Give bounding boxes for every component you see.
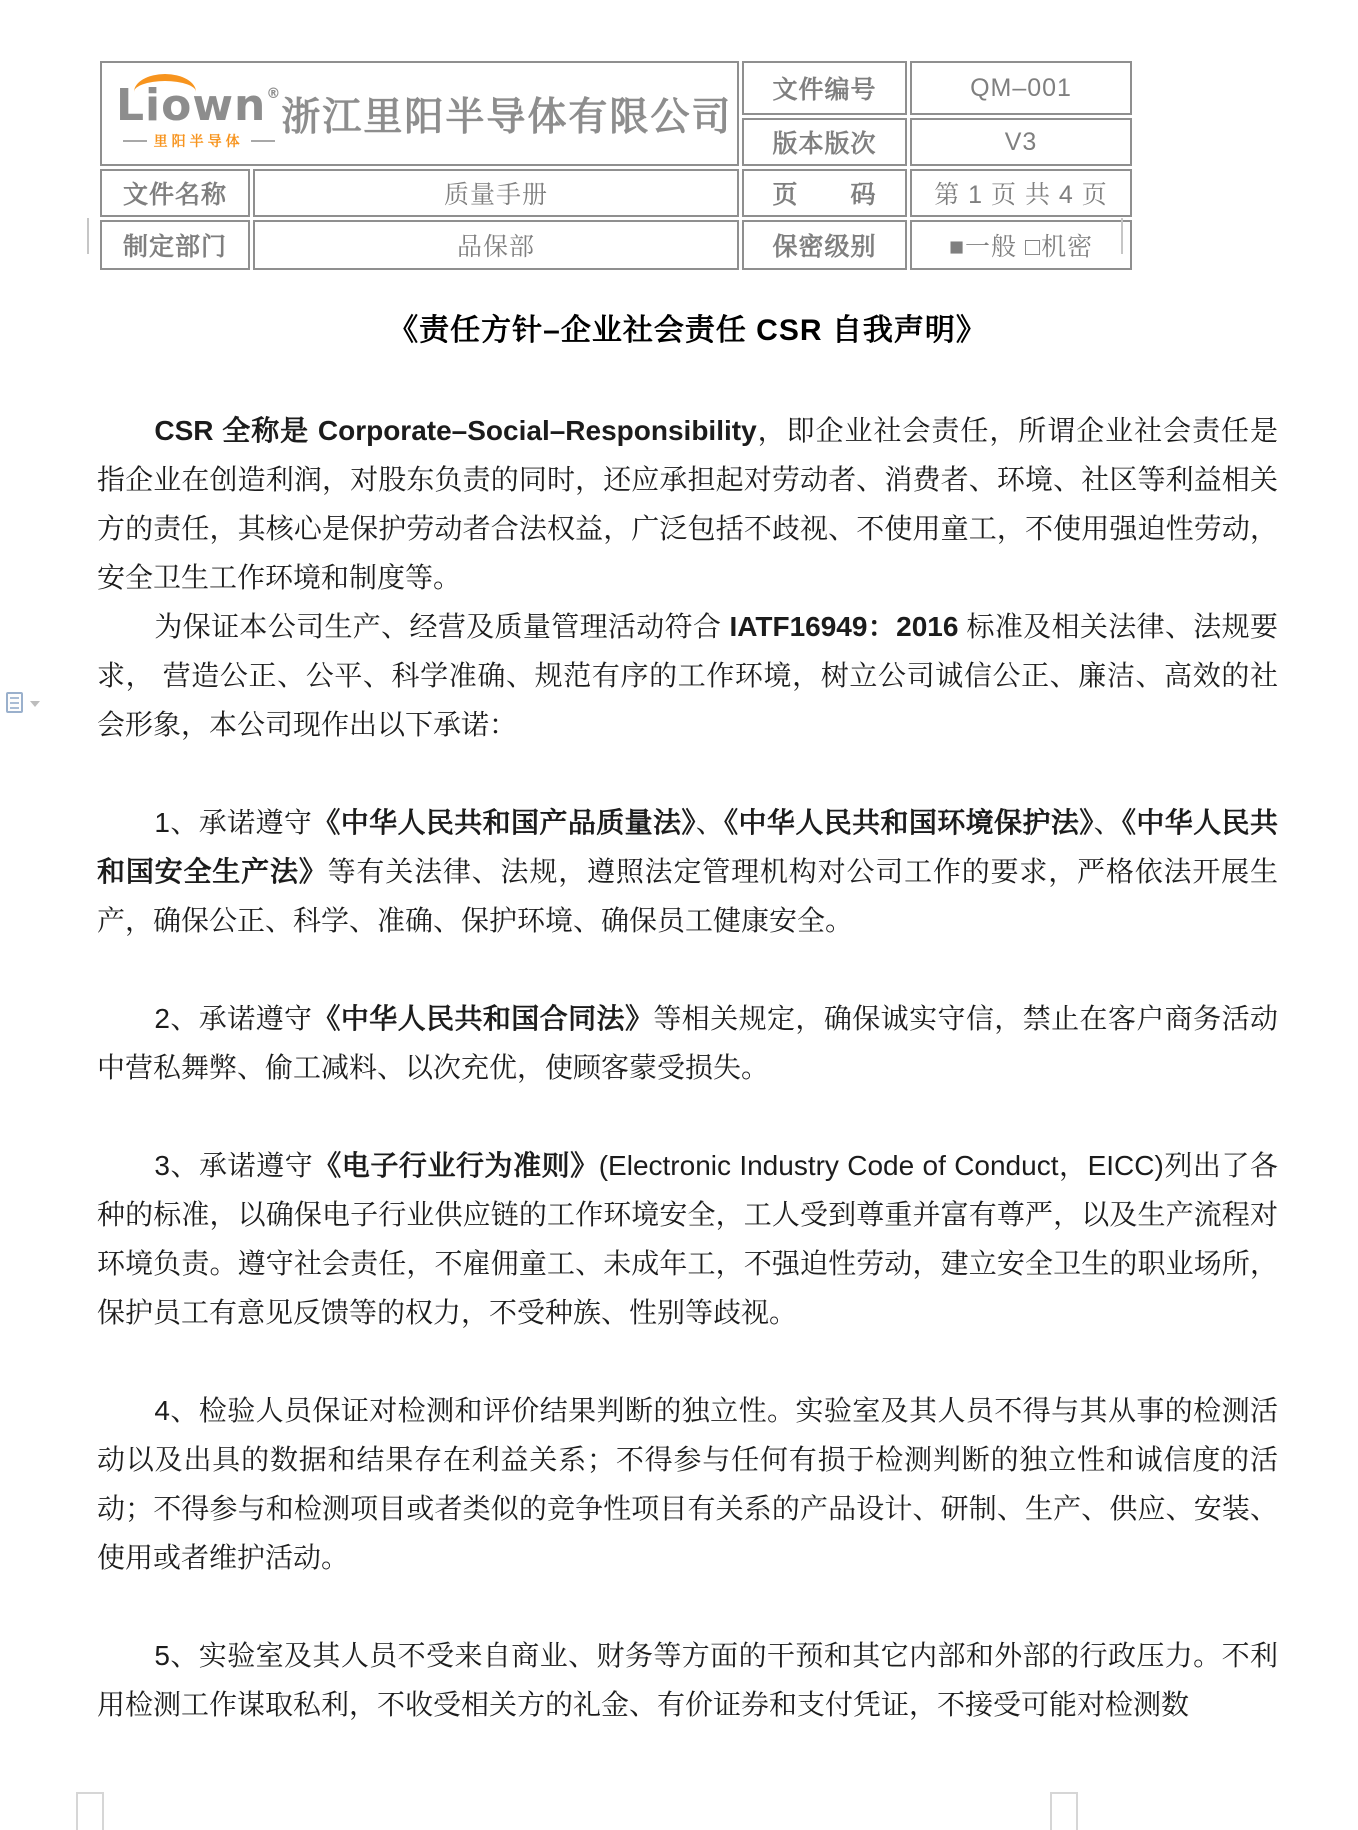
chevron-down-icon	[30, 701, 40, 707]
logo-subtitle: 里阳半导体	[123, 131, 275, 151]
list-item-3: 3、承诺遵守《电子行业行为准则》(Electronic Industry Cod…	[97, 1141, 1278, 1337]
page-icon-line	[10, 702, 19, 704]
paragraph-csr-definition: CSR 全称是 Corporate–Social–Responsibility，…	[97, 406, 1278, 602]
doc-number-label: 文件编号	[742, 61, 907, 115]
secrecy-label: 保密级别	[742, 220, 907, 270]
secrecy-value: ■一般 □机密	[910, 220, 1132, 270]
document-page: Liown® 里阳半导体 浙江里阳半导体有限公司 文件编号 QM–001	[0, 0, 1358, 1830]
page-content: Liown® 里阳半导体 浙江里阳半导体有限公司 文件编号 QM–001	[97, 58, 1278, 1729]
list-item-2: 2、承诺遵守《中华人民共和国合同法》等相关规定，确保诚实守信，禁止在客户商务活动…	[97, 994, 1278, 1092]
page-number-value: 第 1 页 共 4 页	[910, 169, 1132, 217]
page-icon-line	[10, 697, 19, 699]
page-icon	[6, 692, 23, 713]
dept-label: 制定部门	[100, 220, 250, 270]
blank-line	[97, 1092, 1278, 1141]
doc-number-value: QM–001	[910, 61, 1132, 115]
document-title: 《责任方针–企业社会责任 CSR 自我声明》	[97, 305, 1278, 349]
brand-cell: Liown® 里阳半导体 浙江里阳半导体有限公司	[100, 61, 739, 166]
logo-arc-icon	[134, 74, 196, 92]
logo-dash-left	[123, 140, 147, 142]
logo-dash-right	[251, 140, 275, 142]
logo-brand-text: Liown®	[116, 84, 281, 128]
paragraph-policy-intro: 为保证本公司生产、经营及质量管理活动符合 IATF16949：2016 标准及相…	[97, 602, 1278, 749]
next-page-corner-left	[76, 1792, 104, 1830]
registered-mark: ®	[266, 86, 281, 102]
page-icon-line	[10, 707, 19, 709]
version-label: 版本版次	[742, 118, 907, 166]
doc-name-label: 文件名称	[100, 169, 250, 217]
list-item-1: 1、承诺遵守《中华人民共和国产品质量法》、《中华人民共和国环境保护法》、《中华人…	[97, 798, 1278, 945]
blank-line	[97, 945, 1278, 994]
blank-line	[97, 1582, 1278, 1631]
dept-value: 品保部	[253, 220, 739, 270]
margin-anchor-widget[interactable]	[6, 692, 40, 713]
blank-line	[97, 749, 1278, 798]
list-item-5: 5、实验室及其人员不受来自商业、财务等方面的干预和其它内部和外部的行政压力。不利…	[97, 1631, 1278, 1729]
table-row-marker-left	[87, 218, 89, 254]
document-header-table: Liown® 里阳半导体 浙江里阳半导体有限公司 文件编号 QM–001	[97, 58, 1135, 273]
document-body: CSR 全称是 Corporate–Social–Responsibility，…	[97, 406, 1278, 1729]
company-logo: Liown® 里阳半导体	[116, 76, 281, 151]
list-item-4: 4、检验人员保证对检测和评价结果判断的独立性。实验室及其人员不得与其从事的检测活…	[97, 1386, 1278, 1582]
version-value: V3	[910, 118, 1132, 166]
blank-line	[97, 1337, 1278, 1386]
next-page-corner-right	[1050, 1792, 1078, 1830]
page-number-label: 页 码	[742, 169, 907, 217]
doc-name-value: 质量手册	[253, 169, 739, 217]
company-name: 浙江里阳半导体有限公司	[281, 86, 732, 142]
table-row-marker-right	[1121, 218, 1123, 254]
